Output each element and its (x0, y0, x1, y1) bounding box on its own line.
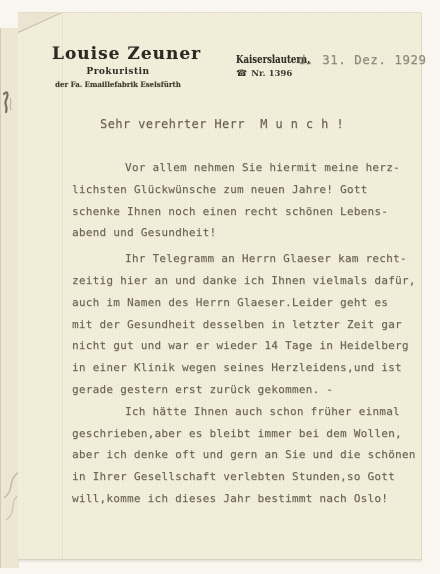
salutation-line: Sehr verehrter Herr M u n c h ! (100, 117, 344, 131)
underlying-page-edge (0, 28, 19, 568)
sender-role: Prokuristin (52, 67, 184, 77)
letter-line: mit der Gesundheit desselben in letzter … (72, 314, 424, 336)
phone-number-line: ☎Nr. 1396 (236, 69, 292, 79)
paper-shadow (18, 560, 422, 563)
sender-firm: der Fa. Emaillefabrik Eselsfürth (52, 80, 184, 89)
letter-line: will,komme ich dieses Jahr bestimmt nach… (72, 488, 424, 510)
sender-name: Louise Zeuner (52, 44, 184, 64)
letter-line: auch im Namen des Herrn Glaeser.Leider g… (72, 292, 424, 314)
letter-line: gerade gestern erst zurück gekommen. - (72, 379, 424, 401)
phone-number: Nr. 1396 (251, 69, 292, 79)
paper-edge-top (18, 12, 421, 13)
paragraph-3: Ich hätte Ihnen auch schon früher einmal… (72, 401, 424, 510)
telephone-icon: ☎ (236, 69, 247, 79)
paragraph-1: Vor allem nehmen Sie hiermit meine herz-… (72, 157, 424, 244)
letter-line: aber ich denke oft und gern an Sie und d… (72, 444, 424, 466)
letter-line: geschrieben,aber es bleibt immer bei dem… (72, 423, 424, 445)
letter-line: lichsten Glückwünsche zum neuen Jahre! G… (72, 179, 424, 201)
letter-line: schenke Ihnen noch einen recht schönen L… (72, 201, 424, 223)
letter-line: zeitig hier an und danke ich Ihnen vielm… (72, 270, 424, 292)
letter-line: in Ihrer Gesellschaft verlebten Stunden,… (72, 466, 424, 488)
letter-line: abend und Gesundheit! (72, 222, 424, 244)
letter-body: Vor allem nehmen Sie hiermit meine herz-… (72, 157, 424, 510)
letter-line: Vor allem nehmen Sie hiermit meine herz- (72, 157, 424, 179)
letter-line: Ich hätte Ihnen auch schon früher einmal (72, 401, 424, 423)
typed-date: d. 31. Dez. 1929 (298, 52, 426, 67)
paragraph-2: Ihr Telegramm an Herrn Glaeser kam recht… (72, 248, 424, 401)
letter-line: nicht gut und war er wieder 14 Tage in H… (72, 335, 424, 357)
vertical-crease (62, 13, 63, 560)
letter-line: in einer Klinik wegen seines Herzleidens… (72, 357, 424, 379)
letterhead-sender-block: Louise Zeuner Prokuristin der Fa. Emaill… (52, 44, 184, 89)
letter-line: Ihr Telegramm an Herrn Glaeser kam recht… (72, 248, 424, 270)
letter-scan: Louise Zeuner Prokuristin der Fa. Emaill… (0, 0, 440, 574)
